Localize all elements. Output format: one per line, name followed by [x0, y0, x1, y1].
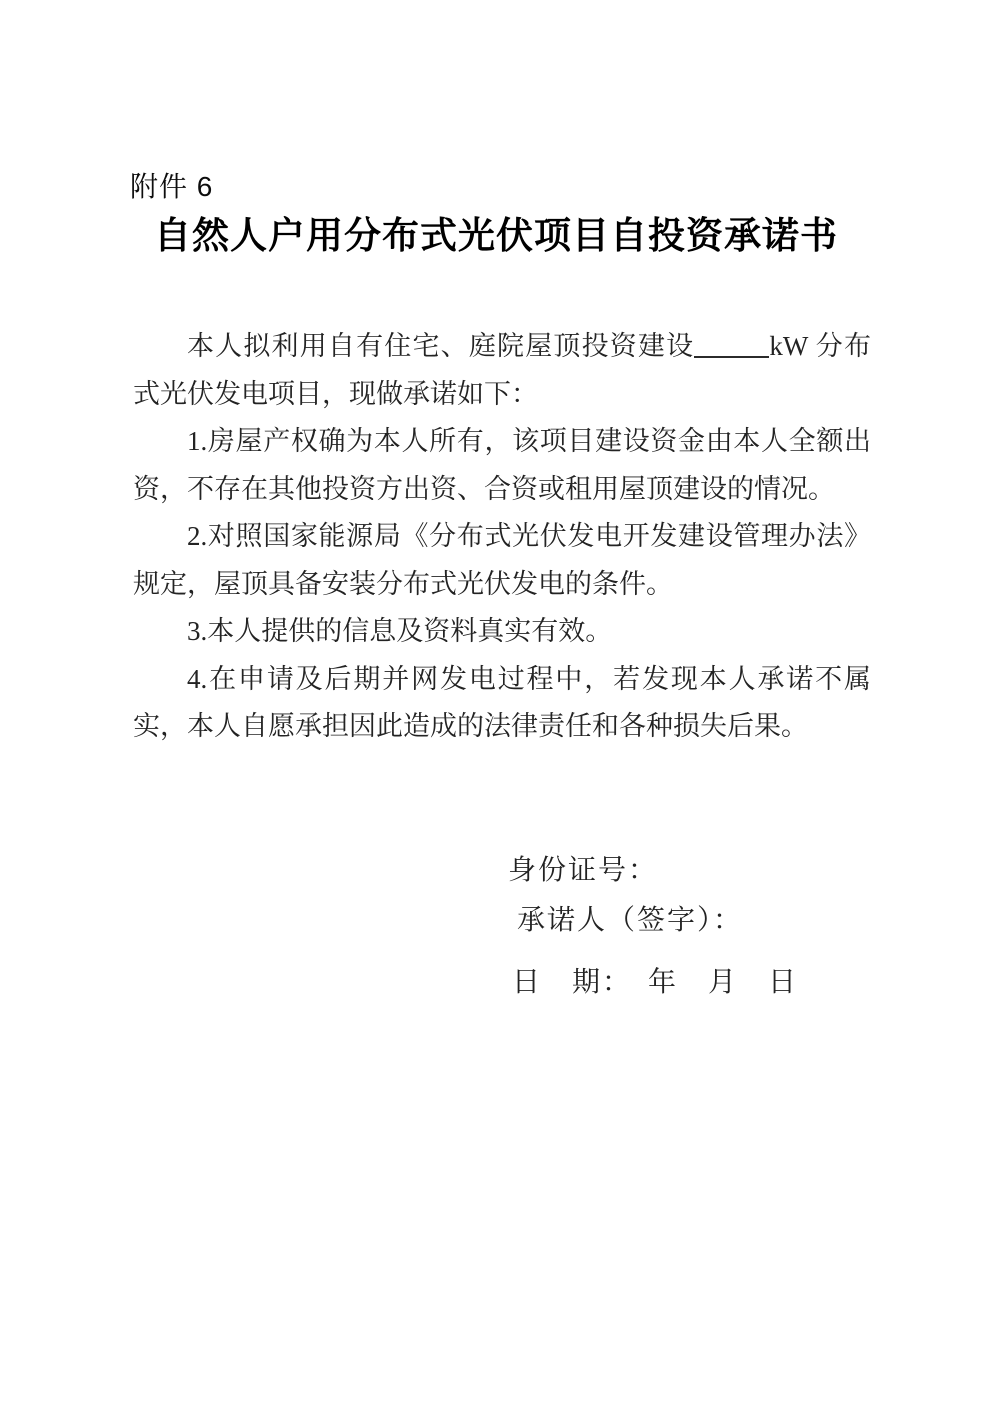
signer-signature-label: 承诺人（签字）：	[517, 901, 743, 941]
intro-text-before-blank: 本人拟利用自有住宅、庭院屋顶投资建设	[187, 331, 694, 361]
document-title: 自然人户用分布式光伏项目自投资承诺书	[0, 210, 992, 264]
document-body: 本人拟利用自有住宅、庭院屋顶投资建设kW 分布式光伏发电项目，现做承诺如下： 1…	[133, 323, 871, 751]
document-page: 附件 6 自然人户用分布式光伏项目自投资承诺书 本人拟利用自有住宅、庭院屋顶投资…	[0, 0, 992, 1403]
id-number-label: 身份证号：	[508, 851, 658, 891]
commitment-item-2: 2.对照国家能源局《分布式光伏发电开发建设管理办法》规定，屋顶具备安装分布式光伏…	[133, 513, 871, 608]
commitment-item-4: 4.在申请及后期并网发电过程中，若发现本人承诺不属实，本人自愿承担因此造成的法律…	[133, 656, 871, 751]
intro-paragraph: 本人拟利用自有住宅、庭院屋顶投资建设kW 分布式光伏发电项目，现做承诺如下：	[133, 323, 871, 418]
capacity-blank-field[interactable]	[694, 352, 769, 358]
date-label: 日 期： 年 月 日	[512, 963, 798, 1003]
commitment-item-1: 1.房屋产权确为本人所有，该项目建设资金由本人全额出资，不存在其他投资方出资、合…	[133, 418, 871, 513]
commitment-item-3: 3.本人提供的信息及资料真实有效。	[133, 608, 871, 656]
attachment-number-label: 附件 6	[130, 168, 213, 206]
